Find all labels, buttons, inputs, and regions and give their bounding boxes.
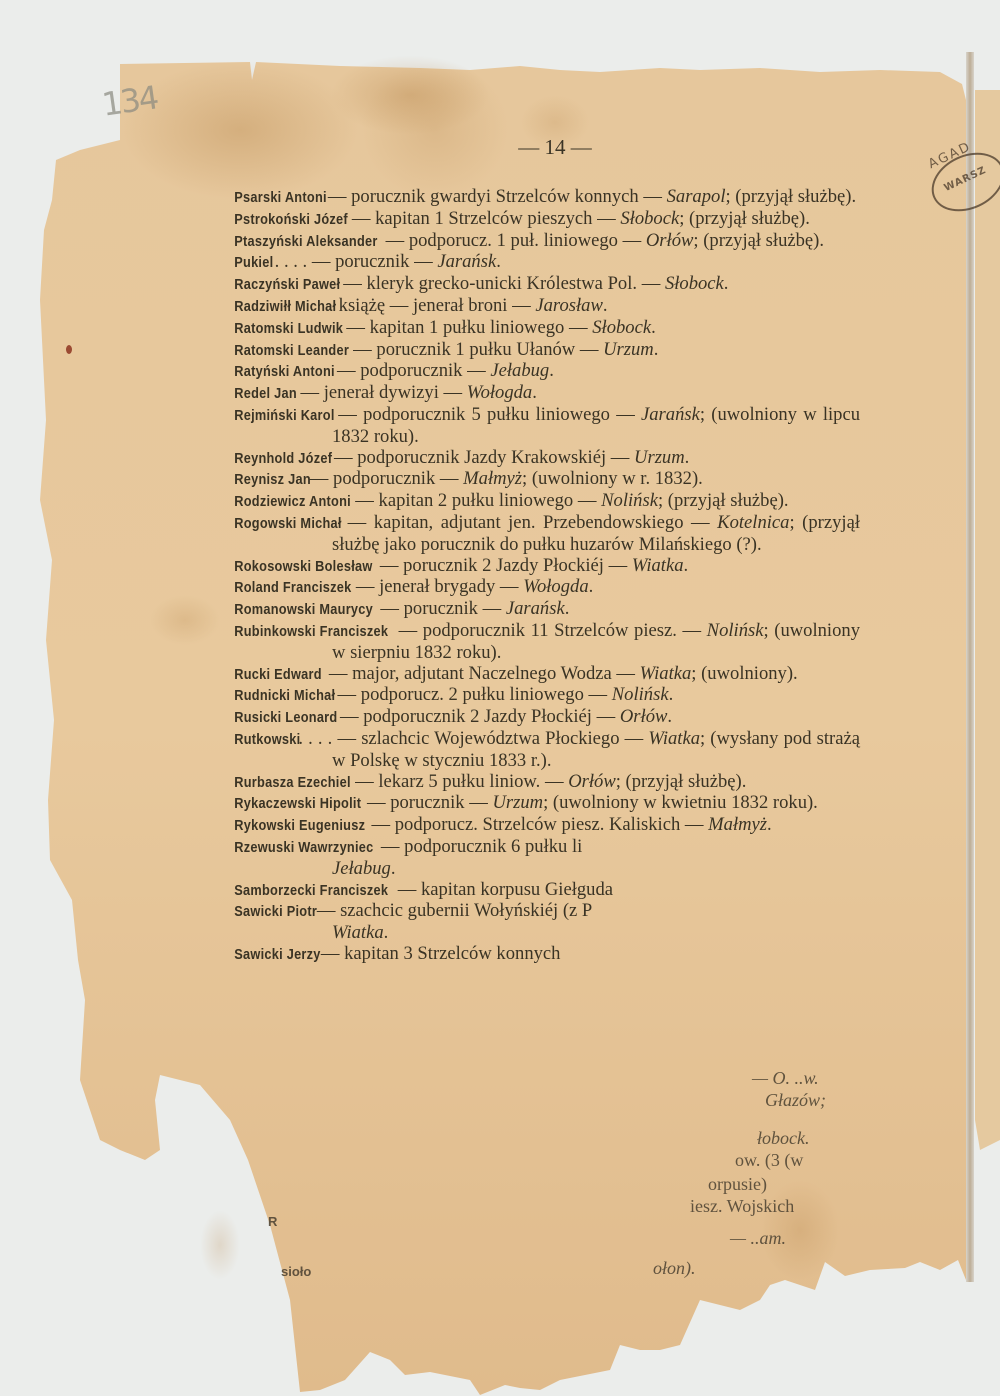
- list-item: Reynisz Jan — podporucznik — Małmyż; (uw…: [280, 469, 860, 491]
- list-item-continuation: Wiatka.: [280, 923, 860, 944]
- list-item: Ratomski Ludwik — kapitan 1 pułku liniow…: [280, 318, 860, 340]
- list-item: Ratomski Leander — porucznik 1 pułku Uła…: [280, 340, 860, 362]
- fragment-text: R: [268, 1214, 277, 1229]
- list-item: Reynhold Józef — podporucznik Jazdy Krak…: [280, 448, 860, 470]
- list-item: Raczyński Paweł — kleryk grecko-unicki K…: [280, 274, 860, 296]
- list-item: Rurbasza Ezechiel — lekarz 5 pułku linio…: [280, 772, 860, 794]
- fragment-text: — ..am.: [730, 1228, 786, 1249]
- list-item: Rucki Edward — major, adjutant Naczelneg…: [280, 664, 860, 686]
- list-item: Pukiel . . . . — porucznik — Jarańsk.: [280, 252, 860, 274]
- pencil-annotation: 134: [100, 78, 160, 123]
- list-item: Redel Jan — jenerał dywizyi — Wołogda.: [280, 383, 860, 405]
- list-item-continuation: Jełabug.: [280, 859, 860, 880]
- list-item: Psarski Antoni — porucznik gwardyi Strze…: [280, 187, 860, 209]
- list-item: Rudnicki Michał — podporucz. 2 pułku lin…: [280, 685, 860, 707]
- list-item: Rutkowski . . . . — szlachcic Województw…: [280, 729, 860, 772]
- fragment-text: — O. ..w.: [752, 1068, 819, 1089]
- fragment-text: sioło: [281, 1264, 311, 1279]
- list-item: Rykaczewski Hipolit — porucznik — Urzum;…: [280, 793, 860, 815]
- entries-list: Psarski Antoni — porucznik gwardyi Strze…: [280, 187, 860, 966]
- list-item: Rubinkowski Franciszek — podporucznik 11…: [280, 621, 860, 664]
- list-item: Rogowski Michał — kapitan, adjutant jen.…: [280, 513, 860, 556]
- list-item: Samborzecki Franciszek — kapitan korpusu…: [280, 880, 860, 902]
- fragment-text: ow. (3 (w: [735, 1150, 803, 1171]
- list-item: Rykowski Eugeniusz — podporucz. Strzelcó…: [280, 815, 860, 837]
- list-item: Rzewuski Wawrzyniec — podporucznik 6 puł…: [280, 837, 860, 859]
- list-item: Rokosowski Bolesław — porucznik 2 Jazdy …: [280, 556, 860, 578]
- page-number: — 14 —: [0, 135, 1000, 160]
- list-item: Radziwiłł Michał książę — jenerał broni …: [280, 296, 860, 318]
- list-item: Rejmiński Karol — podporucznik 5 pułku l…: [280, 405, 860, 448]
- red-mark: [66, 345, 72, 354]
- fragment-text: ołon).: [653, 1258, 696, 1279]
- list-item: Sawicki Piotr — szachcic gubernii Wołyńs…: [280, 901, 860, 923]
- list-item: Ptaszyński Aleksander — podporucz. 1 puł…: [280, 231, 860, 253]
- fragment-text: iesz. Wojskich: [690, 1196, 794, 1217]
- list-item: Ratyński Antoni — podporucznik — Jełabug…: [280, 361, 860, 383]
- list-item: Roland Franciszek — jenerał brygady — Wo…: [280, 577, 860, 599]
- fragment-text: łobock.: [757, 1128, 809, 1149]
- list-item: Rusicki Leonard — podporucznik 2 Jazdy P…: [280, 707, 860, 729]
- stamp-bottom-text: WARSZ: [942, 165, 988, 194]
- list-item: Pstrokoński Józef — kapitan 1 Strzelców …: [280, 209, 860, 231]
- list-item: Romanowski Maurycy — porucznik — Jarańsk…: [280, 599, 860, 621]
- list-item: Sawicki Jerzy — kapitan 3 Strzelców konn…: [280, 944, 860, 966]
- fragment-text: orpusie): [708, 1174, 767, 1195]
- list-item: Rodziewicz Antoni — kapitan 2 pułku lini…: [280, 491, 860, 513]
- fragment-text: Głazów;: [765, 1090, 826, 1111]
- page-fold: [966, 52, 974, 1282]
